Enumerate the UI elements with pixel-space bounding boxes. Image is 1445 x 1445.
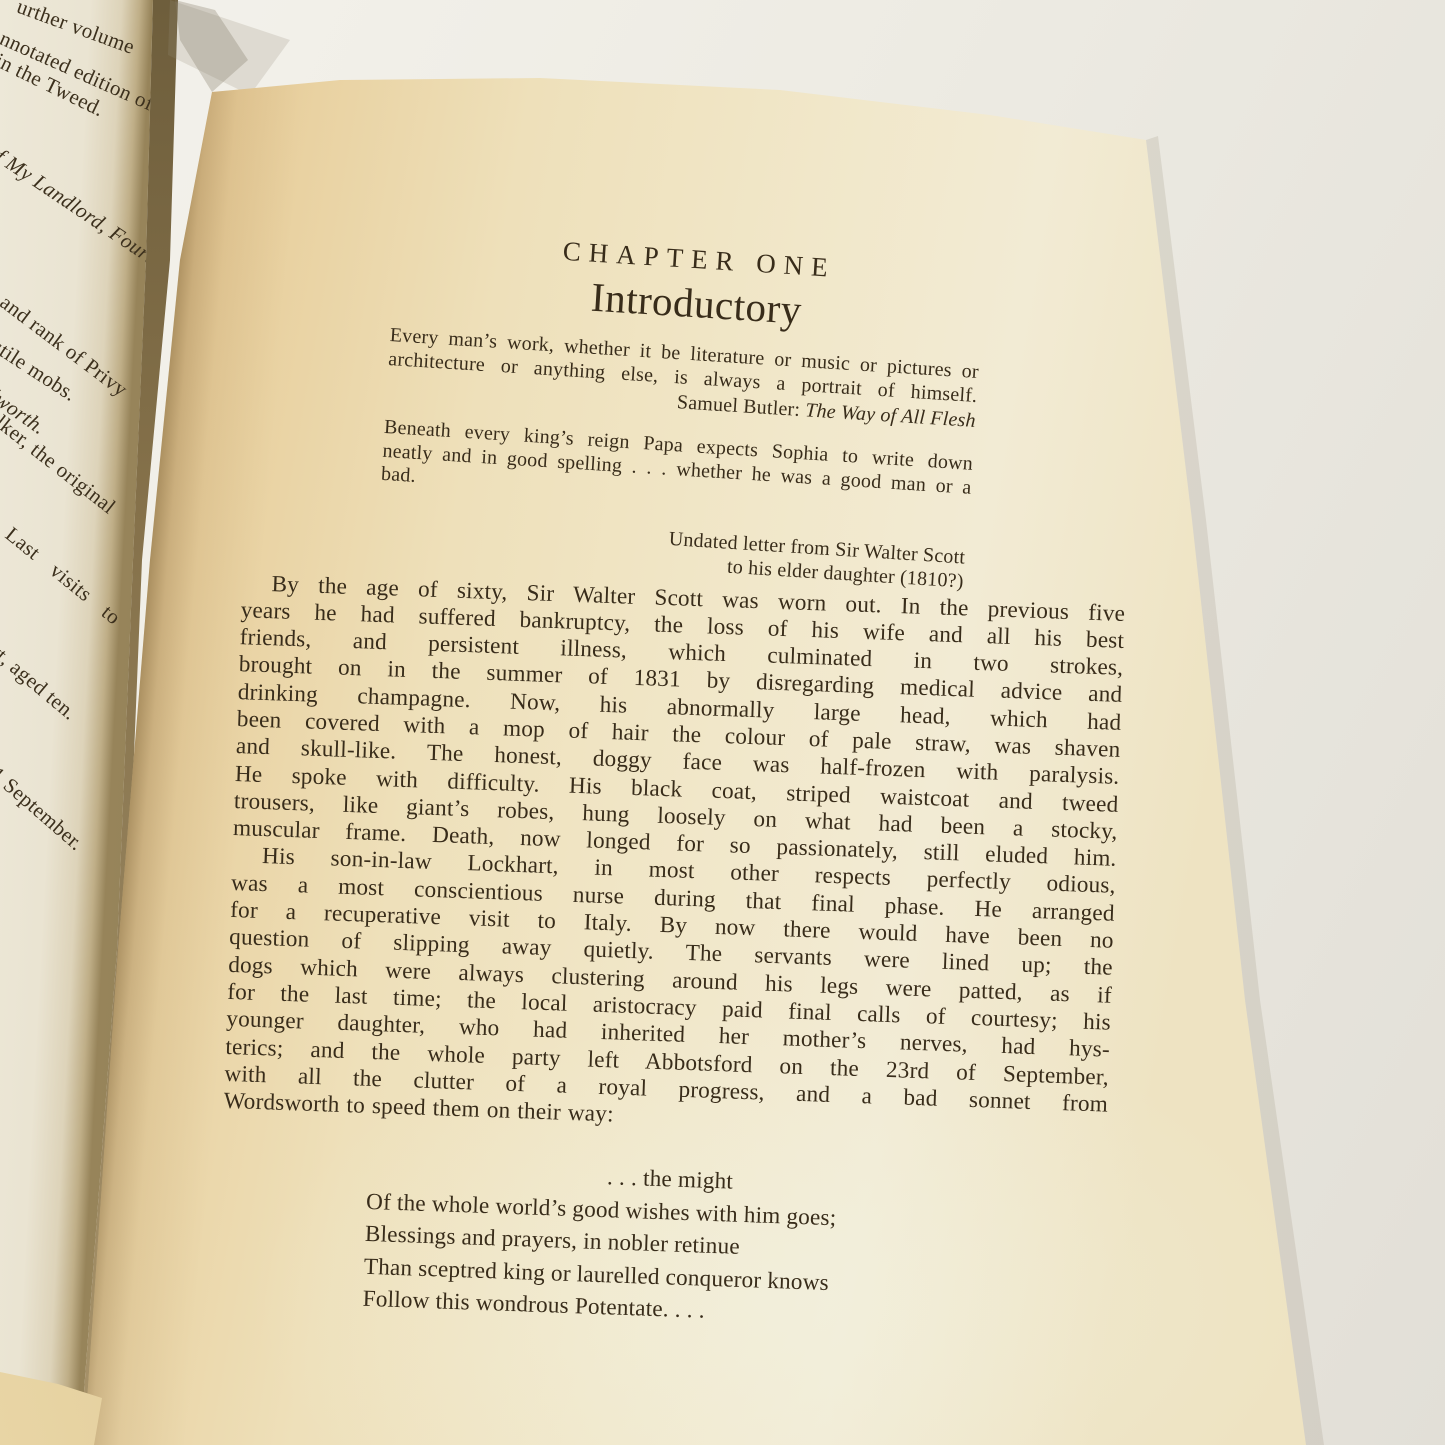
- left-fragment: hart, aged ten.: [0, 626, 82, 725]
- paragraph-1: By the age of sixty, Sir Walter Scott wa…: [233, 570, 1126, 874]
- epigraph-scott-letter: Beneath every king’s reign Papa expects …: [380, 416, 973, 523]
- left-fragment: 1 September.: [0, 762, 88, 856]
- left-fragment: alker, the original: [0, 404, 120, 519]
- paragraph-2: His son-in-law Lockhart, in most other r…: [223, 842, 1116, 1146]
- text-column: CHAPTER ONE Introductory Every man’s wor…: [216, 182, 1139, 1341]
- left-fragment: Last visits to: [0, 522, 125, 630]
- epigraph-butler: Every man’s work, whether it be literatu…: [386, 324, 980, 436]
- wordsworth-quote: . . . the might Of the whole world’s goo…: [362, 1153, 1105, 1341]
- left-fragment-italic: of My Landlord, Fourth: [0, 138, 169, 275]
- chapter-head-section: CHAPTER ONE Introductory Every man’s wor…: [238, 217, 1141, 604]
